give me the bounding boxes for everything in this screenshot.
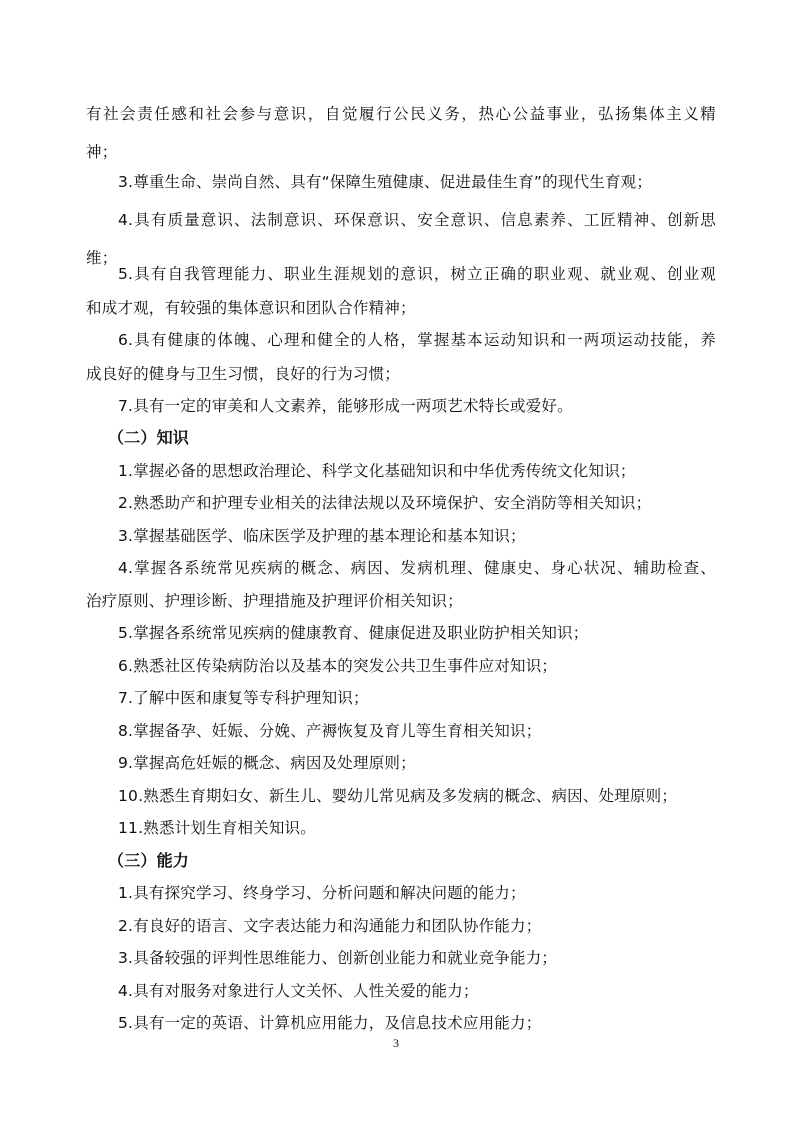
list-item: 4.具有质量意识、法制意识、环保意识、安全意识、信息素养、工匠精神、创新思: [118, 210, 716, 230]
paragraph-line: 治疗原则、护理诊断、护理措施及护理评价相关知识；: [86, 591, 716, 611]
list-item: 3.具备较强的评判性思维能力、创新创业能力和就业竞争能力；: [118, 948, 748, 968]
list-item: 5.具有自我管理能力、职业生涯规划的意识，树立正确的职业观、就业观、创业观: [118, 264, 716, 284]
list-item: 1.具有探究学习、终身学习、分析问题和解决问题的能力；: [118, 883, 748, 903]
paragraph-line: 和成才观，有较强的集体意识和团队合作精神；: [86, 298, 716, 318]
list-item: 6.具有健康的体魄、心理和健全的人格，掌握基本运动知识和一两项运动技能，养: [118, 330, 716, 350]
page-number: 3: [0, 1036, 792, 1051]
list-item: 4.具有对服务对象进行人文关怀、人性关爱的能力；: [118, 981, 748, 1001]
list-item: 9.掌握高危妊娠的概念、病因及处理原则；: [118, 753, 748, 773]
list-item: 4.掌握各系统常见疾病的概念、病因、发病机理、健康史、身心状况、辅助检查、: [118, 558, 716, 578]
list-item: 5.掌握各系统常见疾病的健康教育、健康促进及职业防护相关知识；: [118, 623, 748, 643]
section-heading-knowledge: （二）知识: [108, 428, 738, 448]
list-item: 6.熟悉社区传染病防治以及基本的突发公共卫生事件应对知识；: [118, 656, 748, 676]
list-item: 5.具有一定的英语、计算机应用能力，及信息技术应用能力；: [118, 1013, 748, 1033]
list-item: 1.掌握必备的思想政治理论、科学文化基础知识和中华优秀传统文化知识；: [118, 461, 748, 481]
paragraph-line: 成良好的健身与卫生习惯，良好的行为习惯；: [86, 364, 716, 384]
list-item: 3.尊重生命、崇尚自然、具有“保障生殖健康、促进最佳生育”的现代生育观；: [118, 172, 748, 192]
section-heading-ability: （三）能力: [108, 851, 738, 871]
list-item: 2.熟悉助产和护理专业相关的法律法规以及环境保护、安全消防等相关知识；: [118, 493, 748, 513]
list-item: 11.熟悉计划生育相关知识。: [118, 818, 748, 838]
paragraph-line: 神；: [86, 142, 716, 162]
document-page: 有社会责任感和社会参与意识，自觉履行公民义务，热心公益事业，弘扬集体主义精 神；…: [0, 0, 792, 1121]
list-item: 3.掌握基础医学、临床医学及护理的基本理论和基本知识；: [118, 526, 748, 546]
list-item: 7.具有一定的审美和人文素养，能够形成一两项艺术特长或爱好。: [118, 396, 748, 416]
list-item: 7.了解中医和康复等专科护理知识；: [118, 688, 748, 708]
list-item: 2.有良好的语言、文字表达能力和沟通能力和团队协作能力；: [118, 916, 748, 936]
paragraph-line: 有社会责任感和社会参与意识，自觉履行公民义务，热心公益事业，弘扬集体主义精: [86, 104, 716, 124]
list-item: 10.熟悉生育期妇女、新生儿、婴幼儿常见病及多发病的概念、病因、处理原则；: [118, 786, 748, 806]
list-item: 8.掌握备孕、妊娠、分娩、产褥恢复及育儿等生育相关知识；: [118, 721, 748, 741]
